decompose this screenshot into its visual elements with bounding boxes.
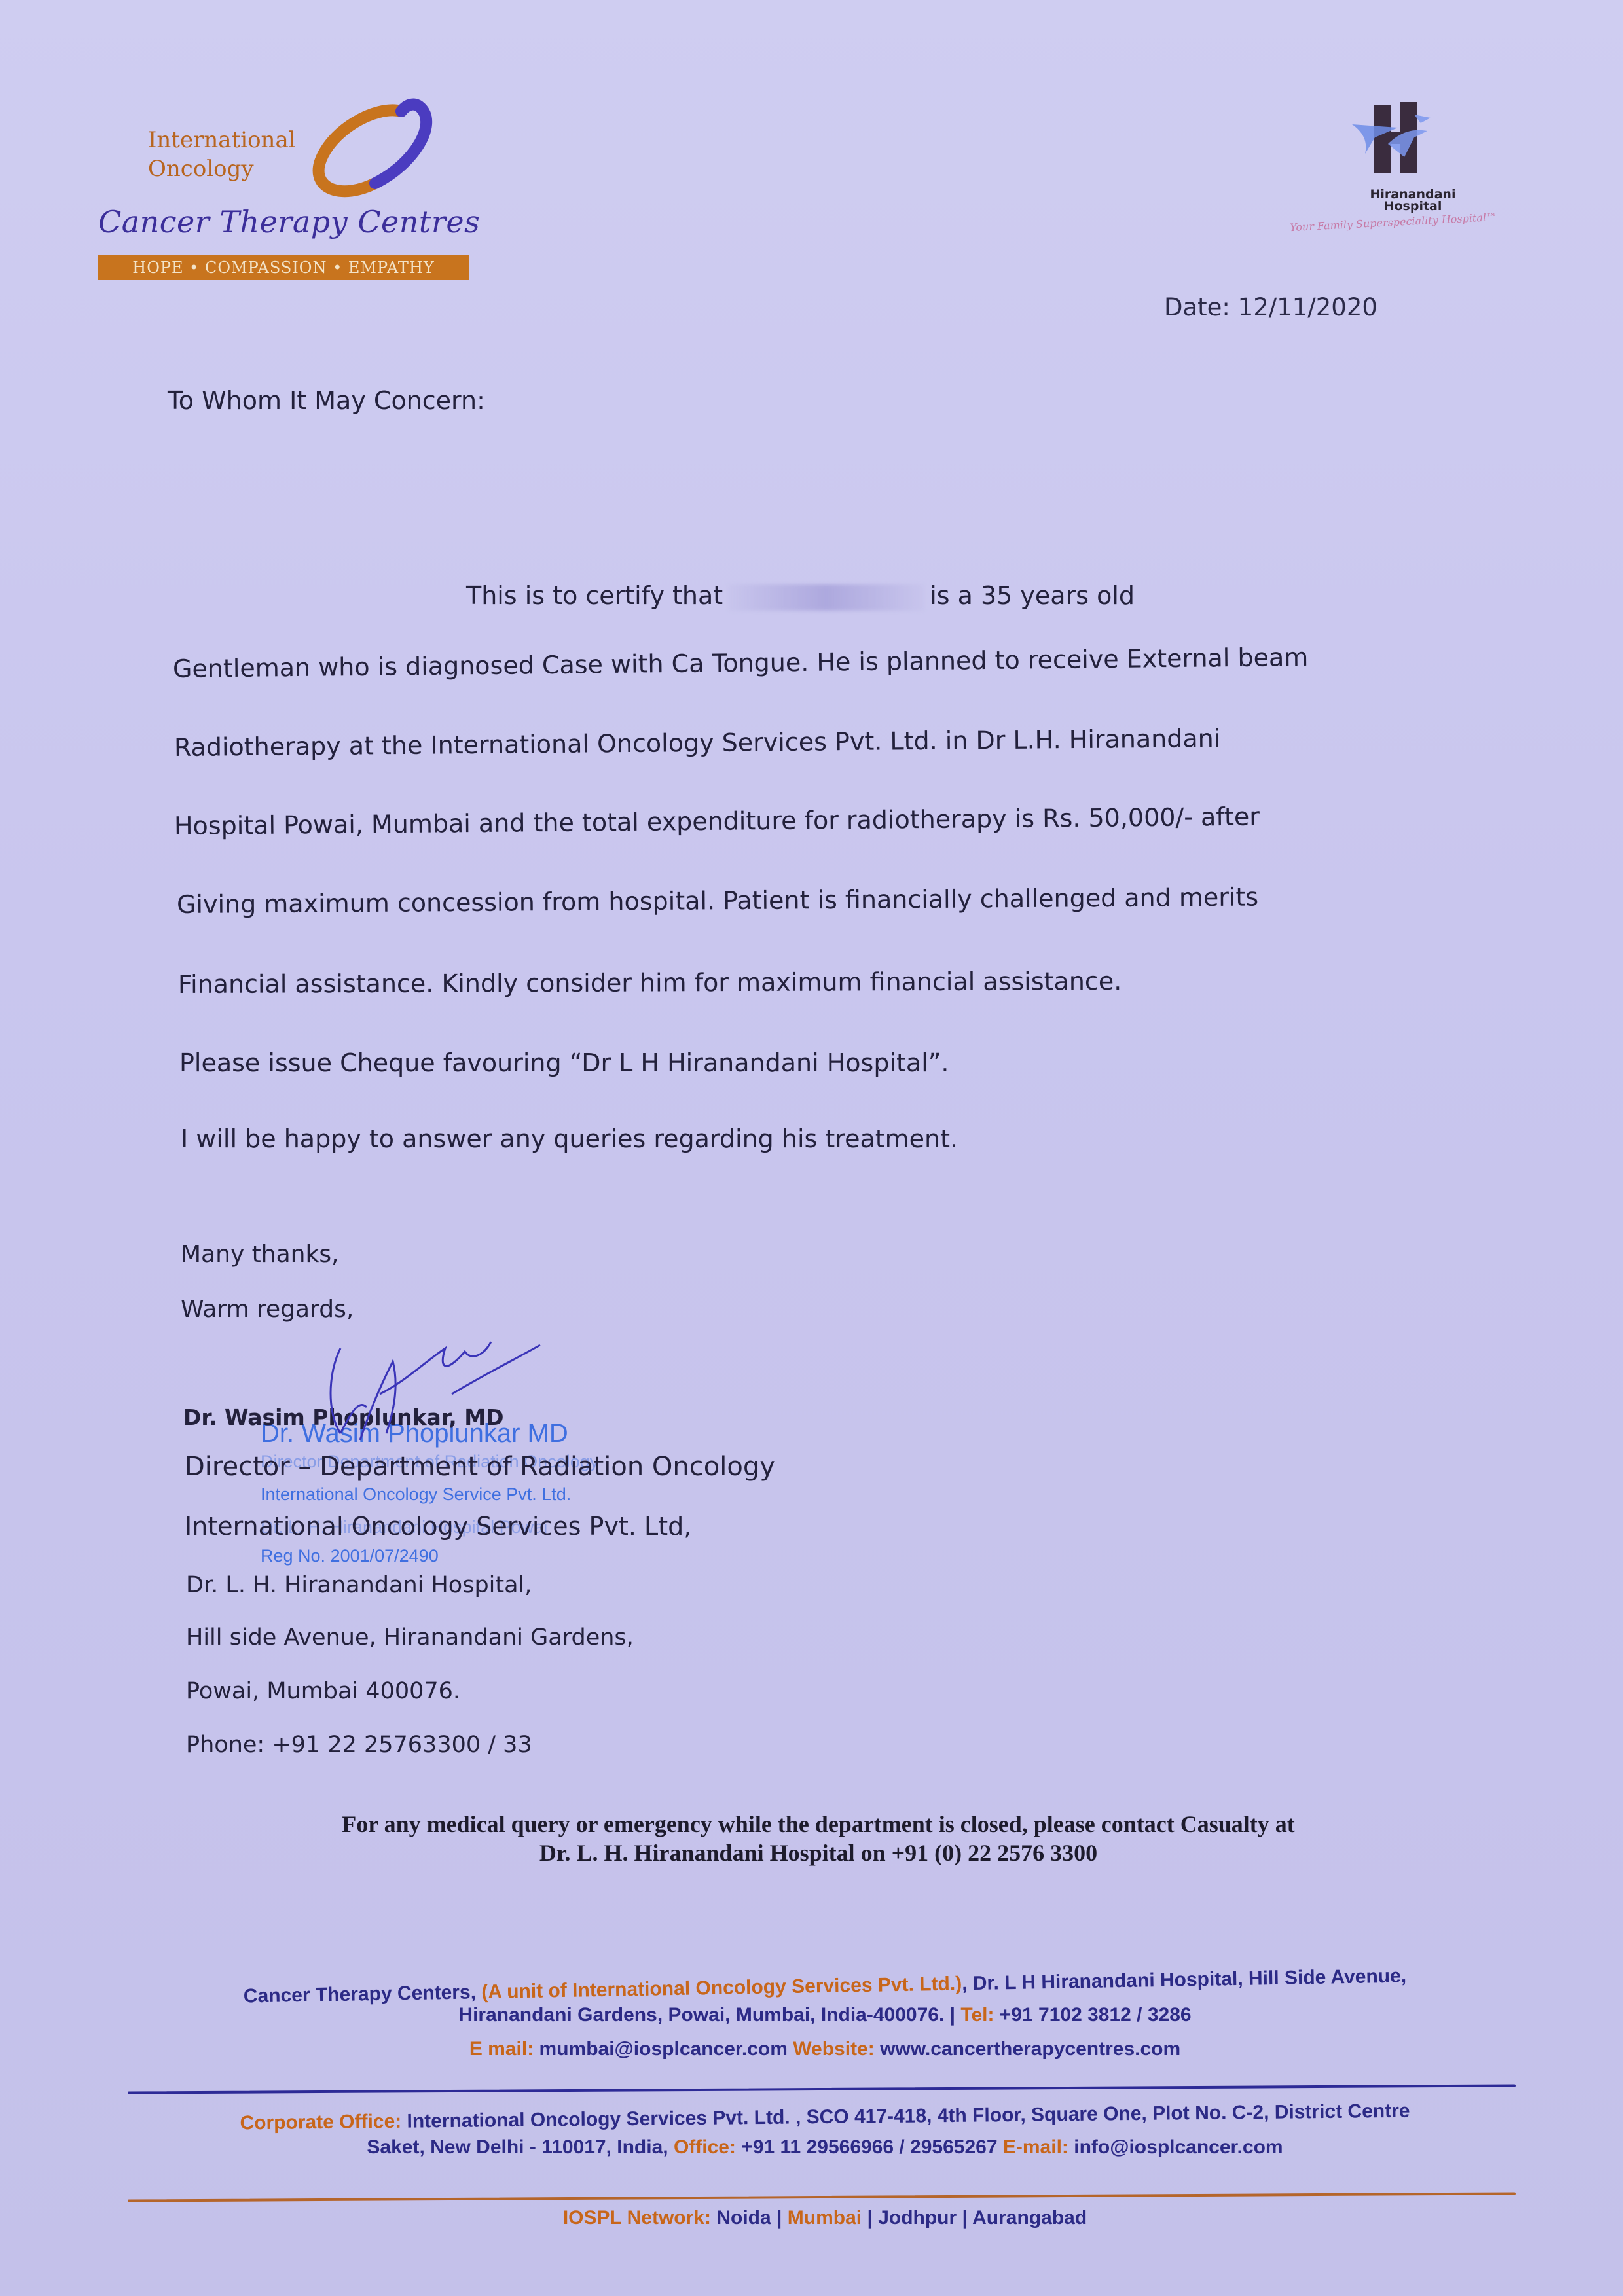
- hospital-tagline: Your Family Superspeciality Hospital™: [1290, 211, 1497, 234]
- footer-contact-line: E mail: mumbai@iosplcancer.com Website: …: [98, 2038, 1552, 2060]
- letter-page: International Oncology Cancer Therapy Ce…: [0, 0, 1623, 2296]
- footer-website-link[interactable]: www.cancertherapycentres.com: [875, 2038, 1180, 2060]
- body-line-6: Financial assistance. Kindly consider hi…: [178, 967, 1122, 999]
- body-line-5: Giving maximum concession from hospital.…: [177, 882, 1258, 919]
- footer-divider-blue: [128, 2084, 1516, 2094]
- footer-corporate-email-link[interactable]: info@iosplcancer.com: [1068, 2136, 1283, 2158]
- signatory-company: International Oncology Services Pvt. Ltd…: [185, 1512, 691, 1541]
- footer-corporate-line-1: Corporate Office: International Oncology…: [98, 2098, 1552, 2136]
- signatory-phone: Phone: +91 22 25763300 / 33: [186, 1732, 532, 1758]
- redacted-patient-name: [728, 584, 924, 611]
- letter-date: Date: 12/11/2020: [1164, 293, 1377, 321]
- signatory-address-1: Hill side Avenue, Hiranandani Gardens,: [186, 1624, 634, 1651]
- footer-email-link[interactable]: mumbai@iosplcancer.com: [534, 2038, 793, 2060]
- body-line-1: This is to certify thatis a 35 years old: [466, 581, 1135, 611]
- international-oncology-logo: International Oncology Cancer Therapy Ce…: [97, 92, 477, 288]
- footer-address-line-1: Cancer Therapy Centers, (A unit of Inter…: [98, 1963, 1552, 2011]
- footer-corporate-line-2: Saket, New Delhi - 110017, India, Office…: [98, 2136, 1552, 2159]
- signatory-hospital: Dr. L. H. Hiranandani Hospital,: [186, 1572, 532, 1598]
- signatory-address-2: Powai, Mumbai 400076.: [186, 1678, 460, 1704]
- signatory-title: Director – Department of Radiation Oncol…: [185, 1452, 775, 1482]
- stamp-company: International Oncology Service Pvt. Ltd.: [261, 1484, 571, 1505]
- hospital-name: Hiranandani Hospital: [1364, 188, 1462, 212]
- body-line-4: Hospital Powai, Mumbai and the total exp…: [174, 802, 1260, 840]
- footer-address-line-2: Hiranandani Gardens, Powai, Mumbai, Indi…: [98, 2004, 1552, 2026]
- stamp-reg-number: Reg No. 2001/07/2490: [261, 1546, 439, 1566]
- body-line-3: Radiotherapy at the International Oncolo…: [174, 724, 1221, 762]
- body-line-2: Gentleman who is diagnosed Case with Ca …: [173, 643, 1309, 683]
- emergency-notice: For any medical query or emergency while…: [196, 1810, 1440, 1867]
- salutation: To Whom It May Concern:: [168, 386, 485, 415]
- handwritten-signature-icon: [314, 1322, 550, 1453]
- ring-logo-icon: [303, 92, 441, 209]
- hiranandani-hospital-logo: Hiranandani Hospital Your Family Supersp…: [1283, 98, 1558, 249]
- closing-thanks: Many thanks,: [181, 1241, 339, 1268]
- body-line-7: Please issue Cheque favouring “Dr L H Hi…: [179, 1049, 949, 1077]
- logo-tagline: HOPE • COMPASSION • EMPATHY: [98, 255, 469, 280]
- closing-regards: Warm regards,: [181, 1296, 354, 1323]
- logo-text-international-oncology: International Oncology: [148, 126, 296, 183]
- footer-network: IOSPL Network: Noida | Mumbai | Jodhpur …: [98, 2207, 1552, 2229]
- logo-title-cancer-therapy-centres: Cancer Therapy Centres: [98, 204, 480, 240]
- hospital-h-birds-icon: [1349, 98, 1434, 183]
- footer-divider-orange: [128, 2192, 1516, 2202]
- body-line-8: I will be happy to answer any queries re…: [181, 1124, 958, 1153]
